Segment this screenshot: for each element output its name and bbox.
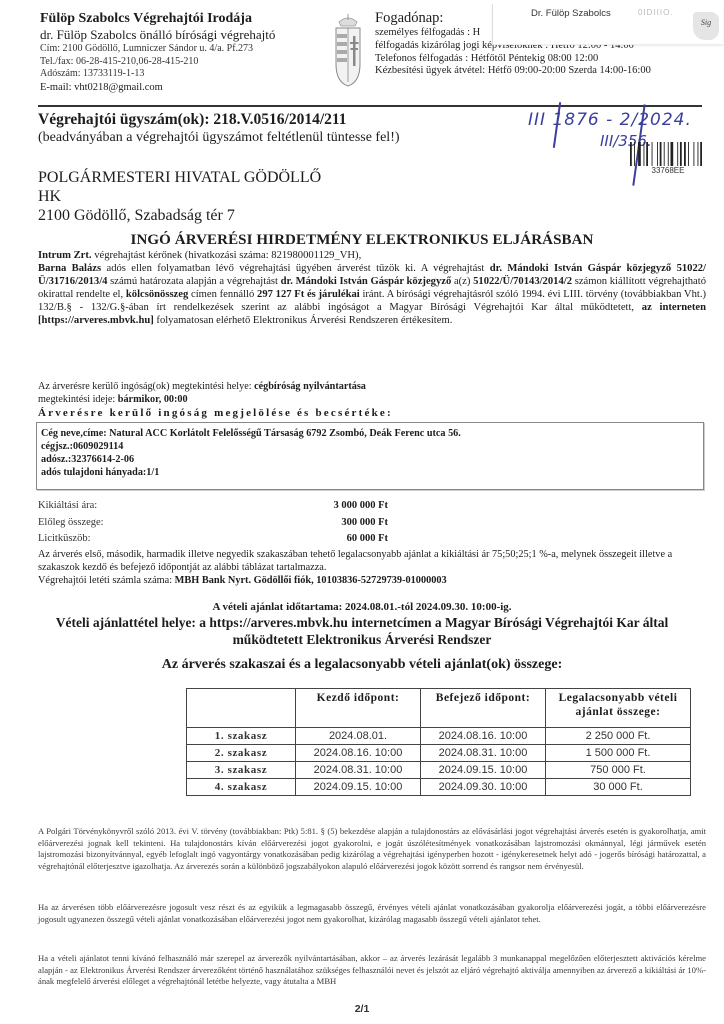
creditor-name: Intrum Zrt. [38, 250, 92, 261]
intro-paragraph: Intrum Zrt. végrehajtást kérőnek (hivatk… [38, 250, 706, 327]
price-label: Kikiáltási ára: [38, 500, 97, 511]
barcode-icon [630, 142, 705, 166]
auction-stages-table: Kezdő időpont: Befejező időpont: Legalac… [186, 688, 691, 796]
office-phone: Tel./fax: 06-28-415-210,06-28-415-210 [40, 56, 330, 69]
price-value: 60 000 Ft [347, 533, 388, 544]
coat-of-arms-icon [333, 12, 363, 88]
offer-place: Vételi ajánlattétel helye: a https://arv… [40, 614, 684, 648]
office-tax-number: Adószám: 13733119-1-13 [40, 68, 330, 81]
price-list: Kikiáltási ára: 3 000 000 Ft Előleg össz… [38, 500, 458, 550]
price-value: 300 000 Ft [341, 517, 388, 528]
legal-paragraph-2: Ha az árverésen több előárverezésre jogo… [38, 902, 706, 925]
stage-time: 2024.08.01. [296, 728, 421, 745]
intro-text: a(z) [451, 276, 473, 287]
office-header: Fülöp Szabolcs Végrehajtói Irodája dr. F… [40, 10, 330, 94]
signature-icon: Sig [693, 12, 719, 40]
item-heading: Árverésre kerülő ingóság megjelölése és … [38, 407, 393, 419]
stage-label: 4. szakasz [187, 779, 296, 796]
table-header: Befejező időpont: [421, 689, 546, 728]
item-line: adós tulajdoni hányada:1/1 [41, 466, 699, 479]
page-number: 2/1 [0, 1003, 724, 1015]
stage-label: 2. szakasz [187, 745, 296, 762]
barcode-number: 33768EE [628, 166, 708, 175]
recipient-address: POLGÁRMESTERI HIVATAL GÖDÖLLŐ HK 2100 Gö… [38, 168, 321, 225]
stamp-signer-name: Dr. Fülöp Szabolcs [531, 8, 611, 19]
table-row: 3. szakasz2024.08.31. 10:002024.09.15. 1… [187, 762, 691, 779]
inspection-info: Az árverésre kerülő ingóság(ok) megtekin… [38, 380, 706, 406]
inspection-place-label: Az árverésre kerülő ingóság(ok) megtekin… [38, 381, 254, 392]
account-value: MBH Bank Nyrt. Gödöllői fiók, 10103836-5… [175, 575, 447, 586]
stage-time: 2024.08.16. 10:00 [421, 728, 546, 745]
header-divider [38, 105, 702, 107]
document-number: 51022/Ü/70143/2014/2 [473, 276, 572, 287]
electronic-signature-stamp: Dr. Fülöp Szabolcs 0IDIIIO. Sig [492, 4, 723, 45]
case-number-block: Végrehajtói ügyszám(ok): 218.V.0516/2014… [38, 110, 498, 147]
intro-text: végrehajtást kérőnek (hivatkozási száma:… [92, 250, 362, 261]
stages-title: Az árverés szakaszai és a legalacsonyabb… [0, 657, 724, 673]
price-row: Előleg összege: 300 000 Ft [38, 517, 458, 534]
table-row: 1. szakasz2024.08.01.2024.08.16. 10:002 … [187, 728, 691, 745]
notary-name: dr. Mándoki István Gáspár közjegyző [490, 263, 671, 274]
table-header [187, 689, 296, 728]
notary-name: dr. Mándoki István Gáspár közjegyző [281, 276, 452, 287]
debtor-name: Barna Balázs [38, 263, 101, 274]
stage-time: 2024.09.30. 10:00 [421, 779, 546, 796]
reception-line: Telefonos félfogadás : Hétfőtől Péntekig… [375, 53, 720, 66]
item-description-box: Cég neve,címe: Natural ACC Korlátolt Fel… [36, 422, 704, 490]
office-email: E-mail: vht0218@gmail.com [40, 81, 330, 94]
price-label: Licitküszöb: [38, 533, 91, 544]
claim-amount: 297 127 Ft és járulékai [257, 289, 360, 300]
table-header-row: Kezdő időpont: Befejező időpont: Legalac… [187, 689, 691, 728]
intro-text: címen fennálló [188, 289, 257, 300]
account-label: Végrehajtói letéti számla száma: [38, 575, 175, 586]
offer-period: A vételi ajánlat időtartama: 2024.08.01.… [0, 601, 724, 613]
office-address: Cím: 2100 Gödöllő, Lumniczer Sándor u. 4… [40, 43, 330, 56]
case-number: Végrehajtói ügyszám(ok): 218.V.0516/2014… [38, 110, 498, 129]
stage-time: 2024.09.15. 10:00 [421, 762, 546, 779]
stamp-faded-text: 0IDIIIO. [638, 8, 674, 17]
stages-note-text: Az árverés első, második, harmadik illet… [38, 548, 706, 574]
inspection-time-label: megtekintési ideje: [38, 394, 118, 405]
intro-text: számú határozata alapján a végrehajtást [107, 276, 280, 287]
stages-note: Az árverés első, második, harmadik illet… [38, 548, 706, 587]
price-row: Kikiáltási ára: 3 000 000 Ft [38, 500, 458, 517]
item-line: Cég neve,címe: Natural ACC Korlátolt Fel… [41, 427, 699, 440]
item-line: cégjsz.:0609029114 [41, 440, 699, 453]
table-header: Kezdő időpont: [296, 689, 421, 728]
price-value: 3 000 000 Ft [333, 500, 388, 511]
minimum-bid: 2 250 000 Ft. [546, 728, 691, 745]
claim-type: kölcsönösszeg [126, 289, 188, 300]
recipient-unit: HK [38, 187, 321, 206]
legal-paragraph-3: Ha a vételi ajánlatot tenni kívánó felha… [38, 953, 706, 988]
inspection-place-value: cégbíróság nyilvántartása [254, 381, 366, 392]
stage-label: 1. szakasz [187, 728, 296, 745]
item-line: adósz.:32376614-2-06 [41, 453, 699, 466]
office-name: Fülöp Szabolcs Végrehajtói Irodája [40, 10, 330, 27]
recipient-name: POLGÁRMESTERI HIVATAL GÖDÖLLŐ [38, 168, 321, 187]
stage-time: 2024.09.15. 10:00 [296, 779, 421, 796]
handwritten-line: III 1876 - 2/2024. [528, 110, 692, 130]
minimum-bid: 30 000 Ft. [546, 779, 691, 796]
stage-label: 3. szakasz [187, 762, 296, 779]
table-header: Legalacsonyabb vételi ajánlat összege: [546, 689, 691, 728]
minimum-bid: 1 500 000 Ft. [546, 745, 691, 762]
intro-text: folyamatosan elérhető Elektronikus Árver… [154, 315, 453, 326]
officer-name: dr. Fülöp Szabolcs önálló bírósági végre… [40, 27, 330, 43]
price-label: Előleg összege: [38, 517, 104, 528]
stage-time: 2024.08.16. 10:00 [296, 745, 421, 762]
stage-time: 2024.08.31. 10:00 [296, 762, 421, 779]
table-row: 4. szakasz2024.09.15. 10:002024.09.30. 1… [187, 779, 691, 796]
case-number-note: (beadványában a végrehajtói ügyszámot fe… [38, 129, 498, 147]
reception-line: Kézbesítési ügyek átvétel: Hétfő 09:00-2… [375, 65, 720, 78]
document-title: INGÓ ÁRVERÉSI HIRDETMÉNY ELEKTRONIKUS EL… [0, 232, 724, 249]
recipient-street: 2100 Gödöllő, Szabadság tér 7 [38, 206, 321, 225]
table-row: 2. szakasz2024.08.16. 10:002024.08.31. 1… [187, 745, 691, 762]
minimum-bid: 750 000 Ft. [546, 762, 691, 779]
legal-paragraph-1: A Polgári Törvénykönyvről szóló 2013. év… [38, 826, 706, 872]
intro-text: adós ellen folyamatban lévő végrehajtási… [101, 263, 490, 274]
stage-time: 2024.08.31. 10:00 [421, 745, 546, 762]
inspection-time-value: bármikor, 00:00 [118, 394, 188, 405]
